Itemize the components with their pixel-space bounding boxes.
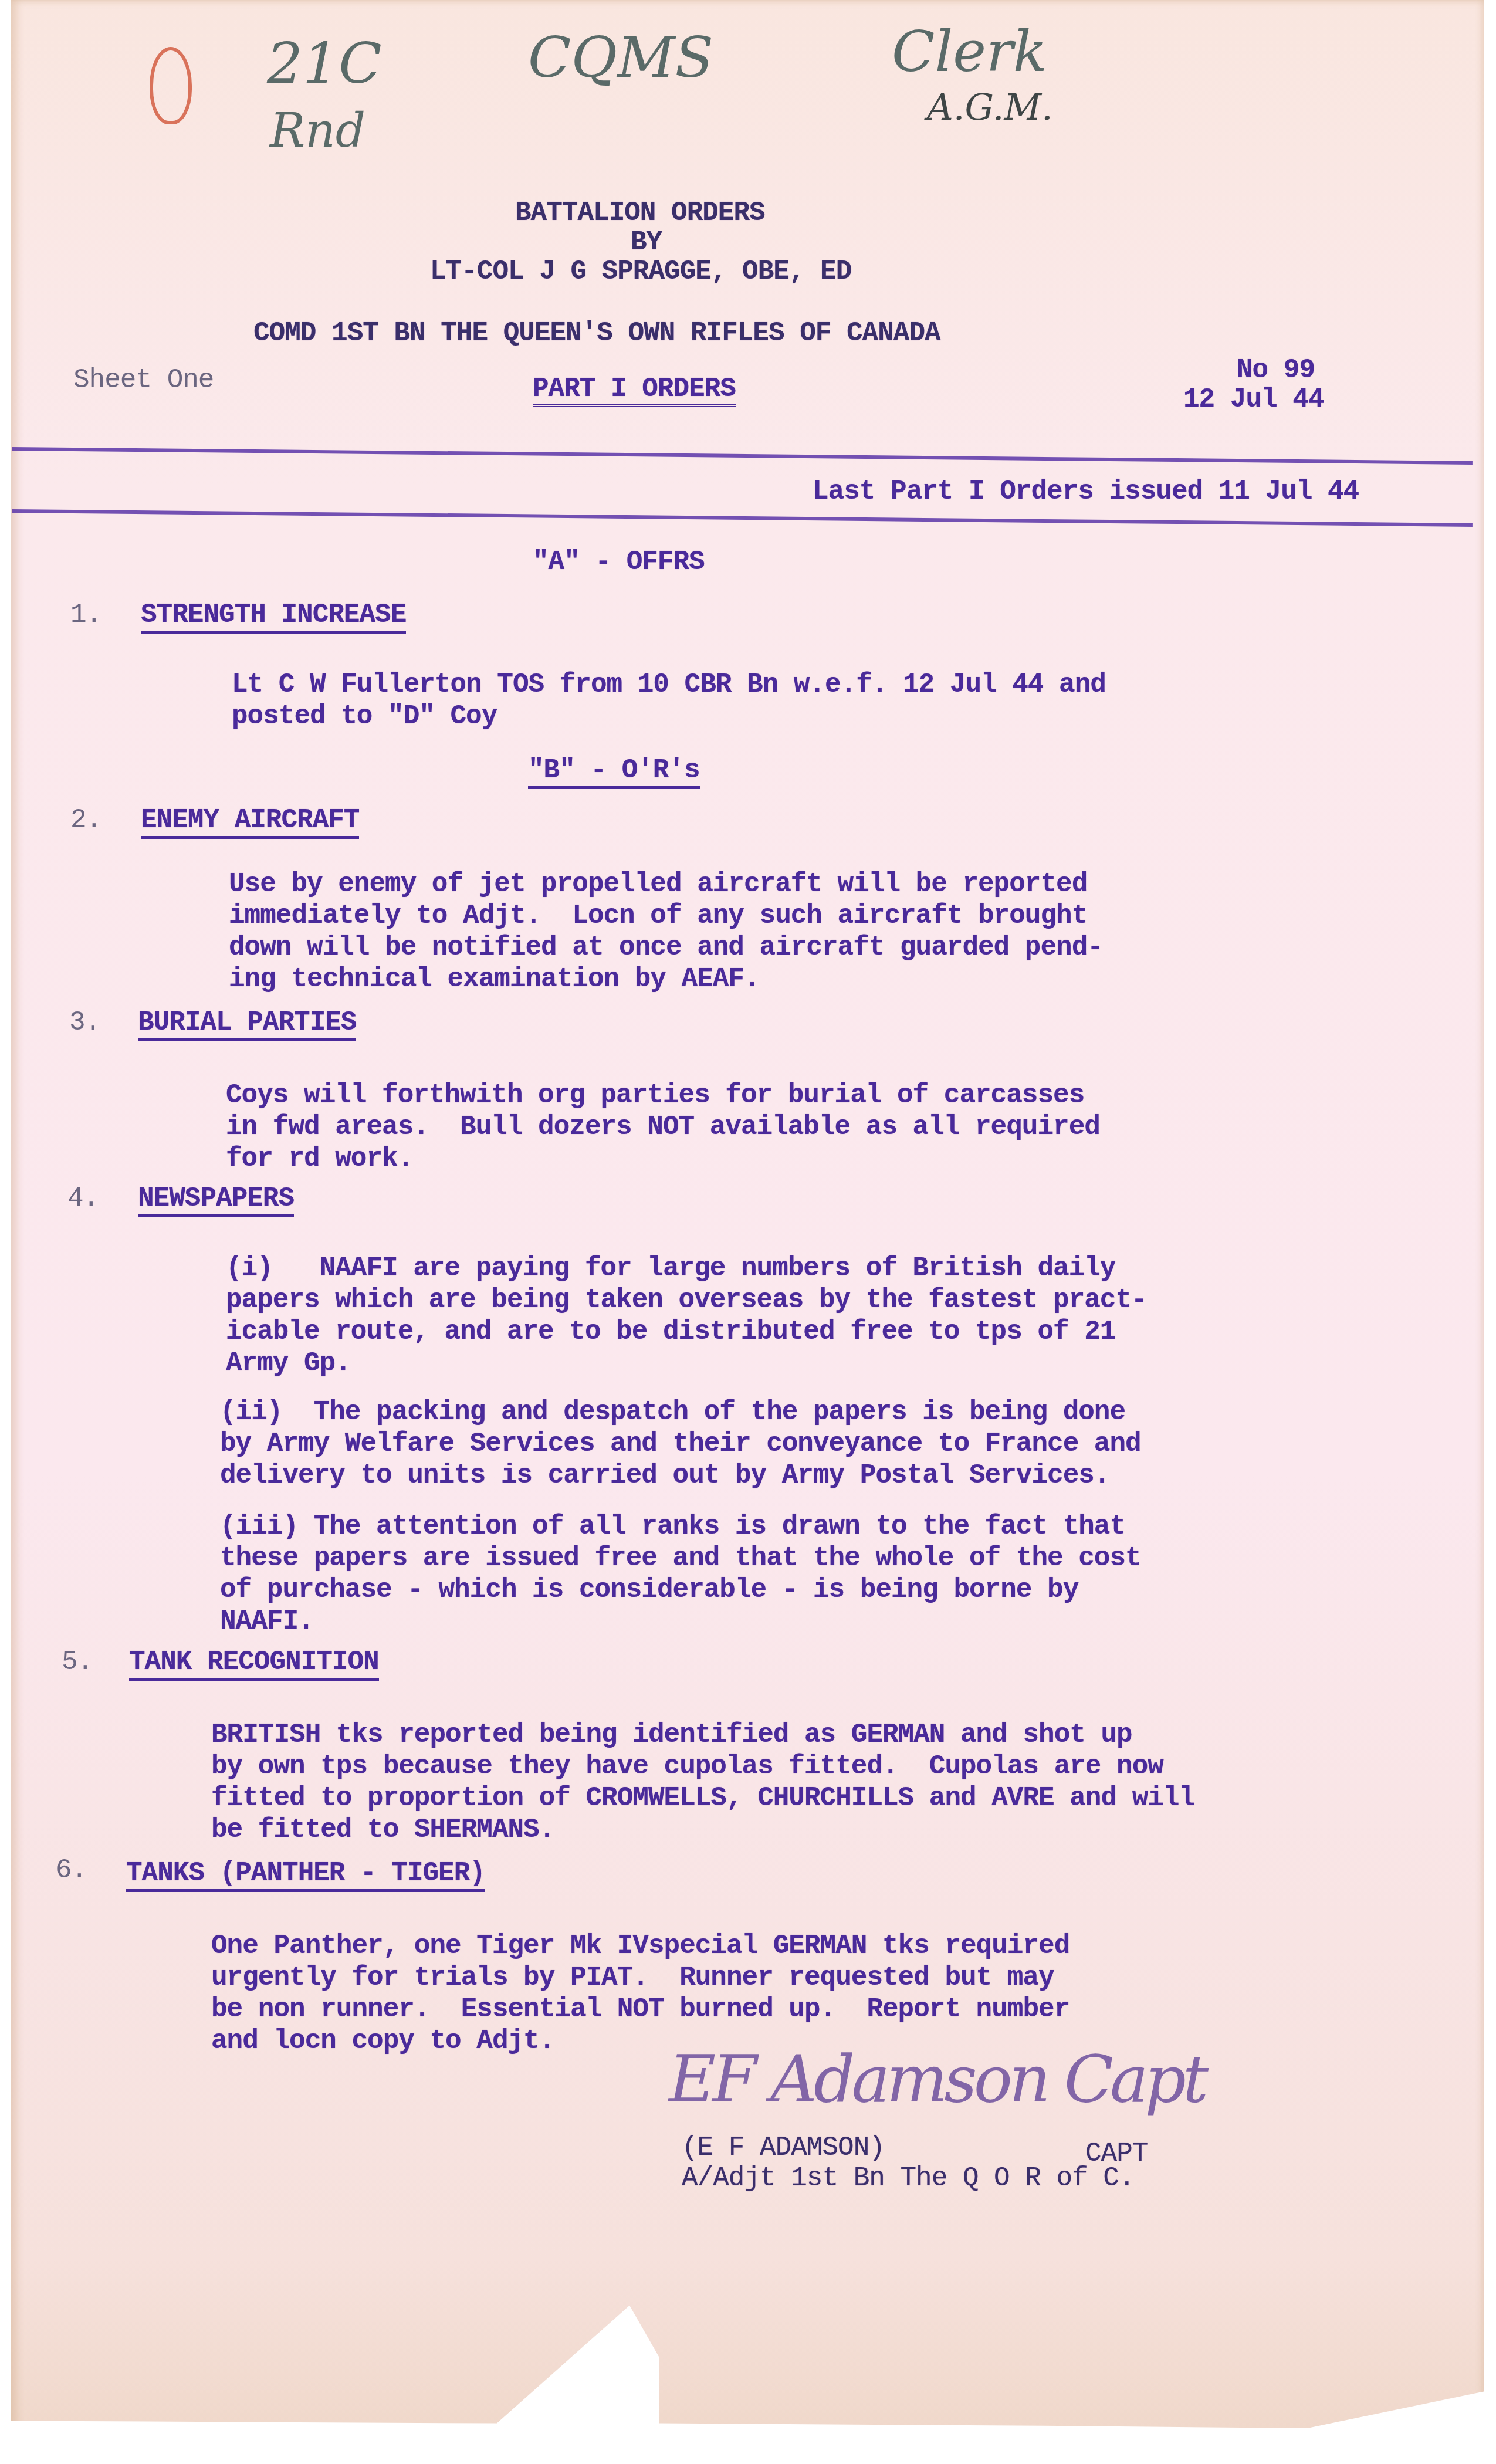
item-3-text: Coys will forthwith org parties for buri…	[226, 1079, 1100, 1175]
section-a-heading: "A" - OFFRS	[533, 549, 705, 576]
item-3-title: BURIAL PARTIES	[138, 1009, 356, 1041]
handwritten-cqms: CQMS	[528, 29, 713, 86]
document-by: BY	[631, 229, 662, 256]
commander-name: LT-COL J G SPRAGGE, OBE, ED	[430, 258, 851, 285]
item-4-title: NEWSPAPERS	[138, 1185, 294, 1217]
signatory-name: (E F ADAMSON)	[682, 2134, 885, 2161]
last-orders-issued: Last Part I Orders issued 11 Jul 44	[813, 478, 1359, 505]
item-4-subitem-2: (ii) The packing and despatch of the pap…	[220, 1396, 1141, 1491]
signatory-appointment: A/Adjt 1st Bn The Q O R of C.	[682, 2165, 1135, 2192]
item-4-subitem-1: (i) NAAFI are paying for large numbers o…	[226, 1253, 1147, 1379]
item-5-number: 5.	[62, 1649, 93, 1676]
item-4-number: 4.	[67, 1185, 99, 1212]
handwritten-21c: 21C	[267, 35, 382, 92]
order-number: No 99	[1237, 357, 1315, 384]
order-date: 12 Jul 44	[1183, 386, 1324, 413]
item-5-title: TANK RECOGNITION	[129, 1649, 379, 1681]
item-5-text: BRITISH tks reported being identified as…	[211, 1719, 1194, 1846]
red-pencil-mark	[150, 47, 192, 124]
sheet-label: Sheet One	[73, 367, 214, 394]
item-6-title: TANKS (PANTHER - TIGER)	[126, 1860, 485, 1892]
item-2-text: Use by enemy of jet propelled aircraft w…	[229, 868, 1103, 995]
document-title: BATTALION ORDERS	[515, 199, 765, 226]
part-orders-heading: PART I ORDERS	[533, 375, 736, 407]
unit-name: COMD 1ST BN THE QUEEN'S OWN RIFLES OF CA…	[253, 320, 940, 347]
item-6-text: One Panther, one Tiger Mk IVspecial GERM…	[211, 1930, 1069, 2057]
item-1-title: STRENGTH INCREASE	[141, 601, 406, 634]
section-b-heading: "B" - O'R's	[528, 757, 700, 789]
item-4-subitem-3: (iii) The attention of all ranks is draw…	[220, 1511, 1141, 1637]
item-1-number: 1.	[70, 601, 101, 628]
handwritten-initials-rnd: Rnd	[270, 103, 365, 159]
item-1-text: Lt C W Fullerton TOS from 10 CBR Bn w.e.…	[232, 669, 1106, 732]
signature-scrawl: EF Adamson Capt	[669, 2042, 1205, 2117]
item-2-title: ENEMY AIRCRAFT	[141, 807, 359, 839]
item-2-number: 2.	[70, 807, 101, 834]
handwritten-initials-agm: A.G.M.	[927, 79, 1053, 136]
item-3-number: 3.	[69, 1009, 100, 1036]
handwritten-clerk: Clerk	[892, 23, 1047, 80]
item-6-number: 6.	[56, 1857, 87, 1884]
